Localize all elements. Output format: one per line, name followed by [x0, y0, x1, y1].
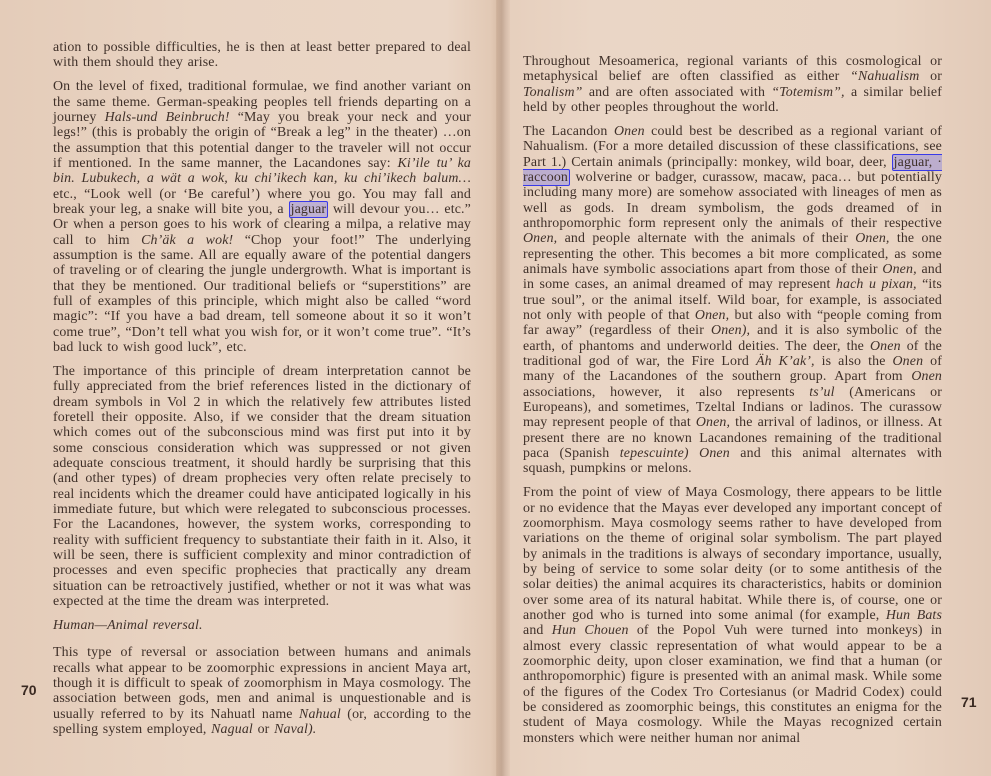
page-number: 70 [21, 682, 37, 698]
italic-text: “Nahualism [850, 69, 919, 84]
italic-text: Onen [892, 354, 923, 369]
paragraph: ation to possible difficulties, he is th… [53, 40, 471, 71]
italic-text: hach u pixan, [836, 277, 917, 292]
right-page: Throughout Mesoamerica, regional variant… [496, 0, 991, 776]
italic-text: Hun Chouen [552, 623, 629, 638]
paragraph: The Lacandon Onen could best be describe… [523, 124, 942, 477]
italic-text: Onen, [523, 231, 557, 246]
text-run: of the Popol Vuh were turned into monkey… [523, 623, 942, 745]
text-run: From the point of view of Maya Cosmology… [523, 485, 942, 623]
text-run: wolverine or badger, curassow, macaw, pa… [523, 170, 942, 231]
text-run: The importance of this principle of drea… [53, 364, 471, 609]
text-run: associations, however, it also represent… [523, 385, 809, 400]
right-page-text: Throughout Mesoamerica, regional variant… [523, 54, 942, 746]
highlighted-word[interactable]: jaguar [289, 201, 329, 218]
italic-text: Onen, [696, 415, 730, 430]
book-spread: ation to possible difficulties, he is th… [0, 0, 991, 776]
italic-text: Tonalism” [523, 85, 583, 100]
text-run: and [523, 623, 552, 638]
italic-text: Ch’äk a wok! [141, 233, 233, 248]
italic-text: Onen, [882, 262, 916, 277]
page-number: 71 [961, 694, 977, 710]
text-run: ation to possible difficulties, he is th… [53, 40, 471, 70]
left-page-text: ation to possible difficulties, he is th… [53, 40, 471, 737]
italic-text: Hun Bats [886, 608, 942, 623]
italic-text: ts’ul [809, 385, 834, 400]
paragraph: Throughout Mesoamerica, regional variant… [523, 54, 942, 115]
italic-text: Nahual [299, 707, 341, 722]
text-run: is also the [815, 354, 893, 369]
section-heading: Human—Animal reversal. [53, 618, 471, 633]
italic-text: Hals-und Beinbruch! [105, 110, 230, 125]
italic-text: Onen), [711, 323, 750, 338]
italic-text: Naval). [274, 722, 316, 737]
paragraph: The importance of this principle of drea… [53, 364, 471, 610]
italic-text: Onen [614, 124, 645, 139]
text-run: “Chop your foot!” The underlying assumpt… [53, 233, 471, 355]
italic-text: “Totemism”, [771, 85, 844, 100]
italic-text: Äh K’ak’, [756, 354, 815, 369]
italic-text: Onen, [695, 308, 729, 323]
text-run: or [920, 69, 943, 84]
text-run: and are often associated with [583, 85, 772, 100]
paragraph: From the point of view of Maya Cosmology… [523, 485, 942, 746]
italic-text: Onen [870, 339, 901, 354]
italic-text: Onen [911, 369, 942, 384]
text-run: and people alternate with the animals of… [557, 231, 855, 246]
text-run: The Lacandon [523, 124, 614, 139]
left-page: ation to possible difficulties, he is th… [0, 0, 496, 776]
paragraph: On the level of fixed, traditional formu… [53, 79, 471, 355]
italic-text: tepescuinte) Onen [620, 446, 730, 461]
text-run: or [253, 722, 274, 737]
italic-text: Nagual [211, 722, 253, 737]
italic-text: Onen, [855, 231, 889, 246]
paragraph: This type of reversal or association bet… [53, 645, 471, 737]
